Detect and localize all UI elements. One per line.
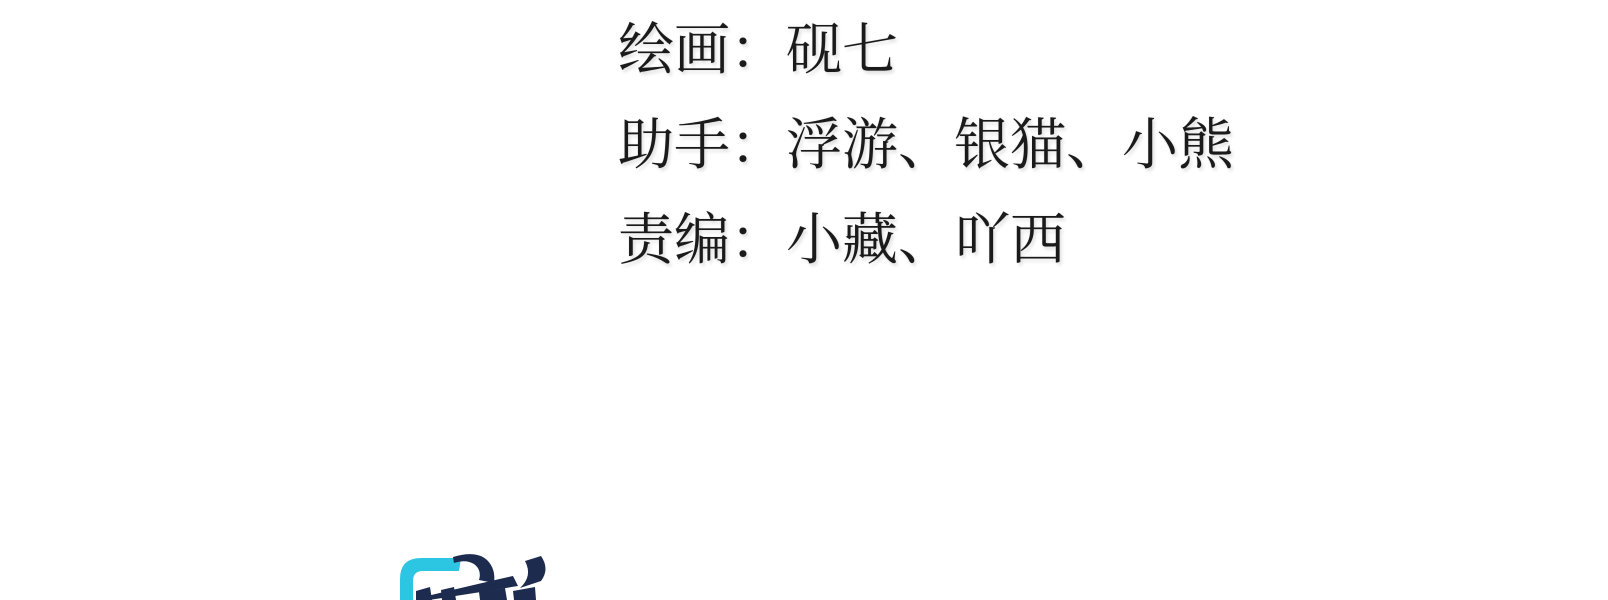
logo-brush-fragment-4 — [513, 587, 536, 600]
credit-line-editors: 责编：小藏、吖西 — [618, 212, 1066, 268]
logo-brush-fragment-2 — [441, 587, 456, 600]
credit-line-assistants: 助手：浮游、银猫、小熊 — [618, 117, 1234, 173]
credit-line-artist: 绘画：砚七 — [618, 22, 898, 78]
credits-page: 绘画：砚七 助手：浮游、银猫、小熊 责编：小藏、吖西 — [0, 0, 1608, 600]
logo-brush-fragment-1 — [416, 587, 432, 600]
publisher-logo-icon — [383, 543, 558, 600]
credits-block: 绘画：砚七 助手：浮游、银猫、小熊 责编：小藏、吖西 — [0, 0, 1608, 600]
logo-brush-flick — [520, 556, 546, 588]
